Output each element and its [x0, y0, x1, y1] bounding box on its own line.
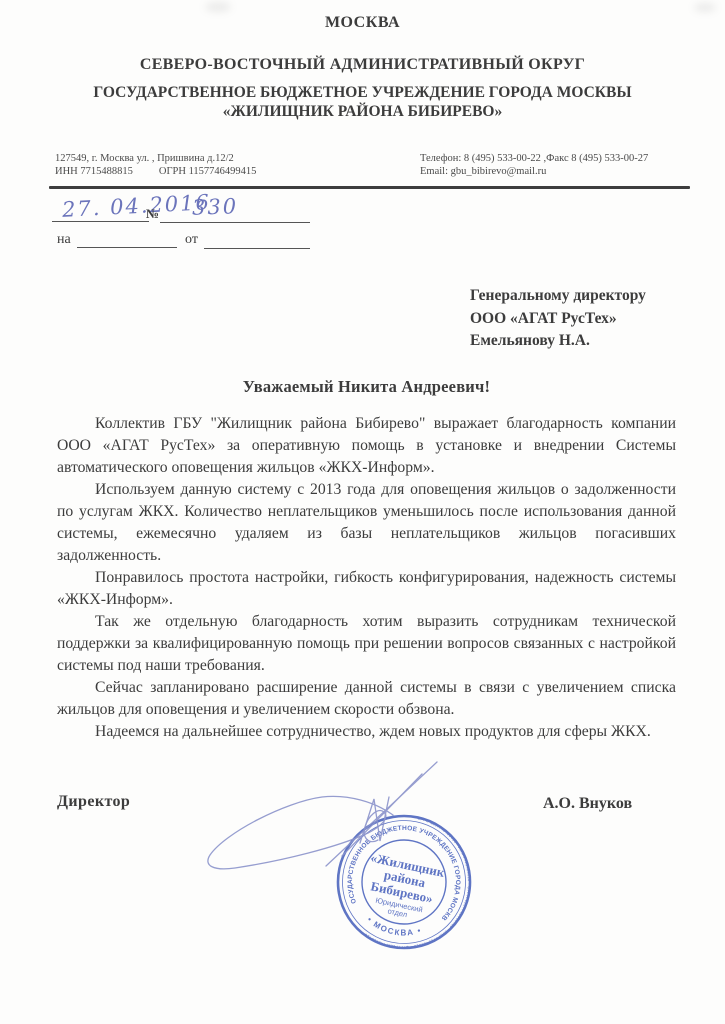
handwritten-date: 27. 04.2016: [61, 190, 211, 222]
org-email: Email: gbu_bibirevo@mail.ru: [420, 165, 648, 178]
letterhead-org-name-line2: «ЖИЛИЩНИК РАЙОНА БИБИРЕВО»: [0, 103, 725, 121]
ot-underline: [204, 248, 310, 249]
letterhead-contact-block: Телефон: 8 (495) 533-00-22 ,Факс 8 (495)…: [420, 152, 648, 178]
scan-smudge: [694, 3, 716, 12]
letter-body: Коллектив ГБУ "Жилищник района Бибирево"…: [57, 413, 676, 743]
number-underline: [160, 222, 310, 223]
letterhead-city: МОСКВА: [0, 14, 725, 32]
signature-flourish-short: [342, 774, 422, 856]
scan-smudge: [205, 2, 231, 12]
letterhead-org-name-line1: ГОСУДАРСТВЕННОЕ БЮДЖЕТНОЕ УЧРЕЖДЕНИЕ ГОР…: [0, 84, 725, 102]
recipient-person: Емельянову Н.А.: [470, 330, 646, 353]
scanned-letter-page: МОСКВА СЕВЕРО-ВОСТОЧНЫЙ АДМИНИСТРАТИВНЫЙ…: [0, 0, 725, 1024]
recipient-title: Генеральному директору: [470, 285, 646, 308]
body-paragraph: Используем данную систему с 2013 года дл…: [57, 479, 676, 567]
org-address: 127549, г. Москва ул. , Пришвина д.12/2: [55, 152, 256, 165]
org-ogrn: ОГРН 1157746499415: [159, 165, 257, 178]
greeting-line: Уважаемый Никита Андреевич!: [57, 377, 676, 397]
handwritten-signature: [190, 755, 450, 880]
signature-flourish-long: [326, 762, 437, 866]
body-paragraph: Так же отдельную благодарность хотим выр…: [57, 611, 676, 677]
na-underline: [77, 247, 177, 248]
body-paragraph: Понравилось простота настройки, гибкость…: [57, 567, 676, 611]
org-inn: ИНН 7715488815: [55, 165, 133, 178]
signer-position: Директор: [57, 793, 130, 811]
org-phone-fax: Телефон: 8 (495) 533-00-22 ,Факс 8 (495)…: [420, 152, 648, 165]
recipient-block: Генеральному директору ООО «АГАТ РусТех»…: [470, 285, 646, 353]
recipient-company: ООО «АГАТ РусТех»: [470, 308, 646, 331]
letterhead-district: СЕВЕРО-ВОСТОЧНЫЙ АДМИНИСТРАТИВНЫЙ ОКРУГ: [0, 56, 725, 74]
signer-name: А.О. Внуков: [543, 795, 632, 813]
na-label: на: [57, 232, 71, 248]
letterhead-address-block: 127549, г. Москва ул. , Пришвина д.12/2 …: [55, 152, 256, 178]
date-underline: [52, 221, 149, 222]
handwritten-outgoing-number: 330: [192, 194, 239, 220]
body-paragraph: Сейчас запланировано расширение данной с…: [57, 677, 676, 721]
body-paragraph: Надеемся на дальнейшее сотрудничество, ж…: [57, 721, 676, 743]
number-sign-label: №: [146, 206, 159, 222]
body-paragraph: Коллектив ГБУ "Жилищник района Бибирево"…: [57, 413, 676, 479]
ot-label: от: [185, 232, 198, 248]
letterhead-divider-rule: [49, 186, 690, 189]
